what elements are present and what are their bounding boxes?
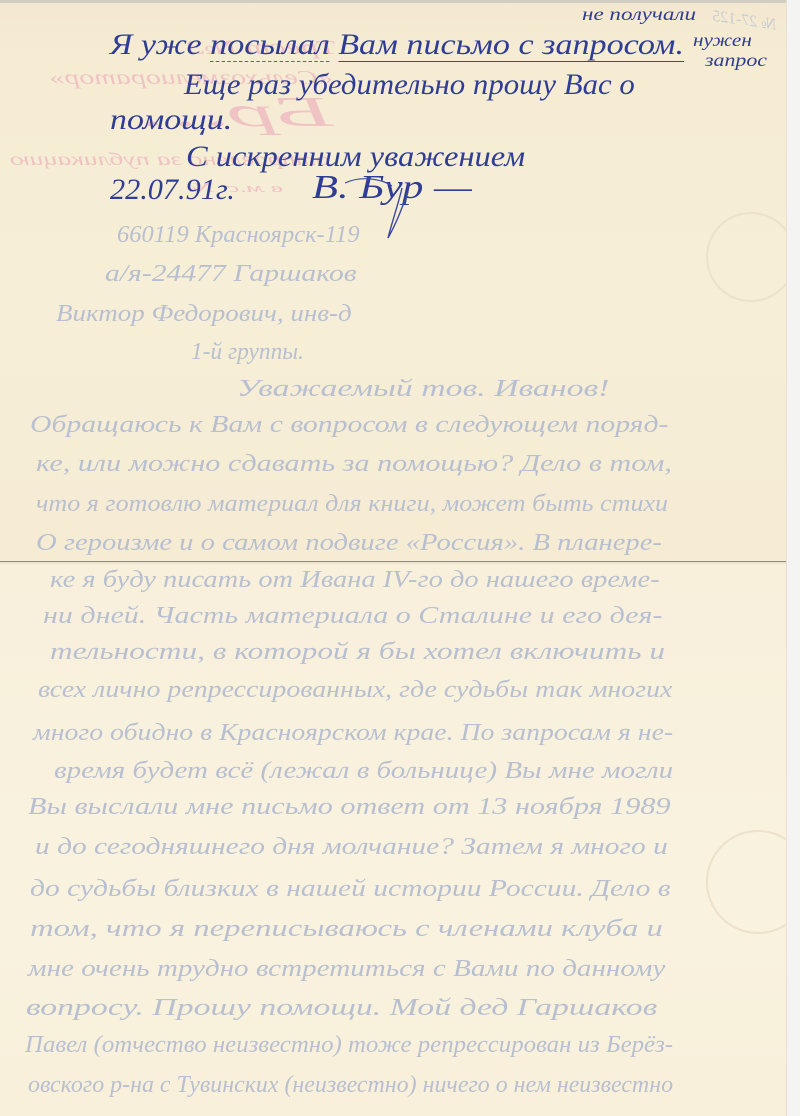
letter-line-1: Я уже посылал Вам письмо с запросом. [110, 30, 684, 60]
bleed-body-line: до судьбы близких в нашей истории России… [30, 877, 671, 901]
bleed-address-line: а/я-24477 Гаршаков [105, 262, 357, 286]
margin-note-line: нужен [693, 31, 752, 49]
scan-margin [786, 0, 800, 1116]
bleed-address-line: Виктор Федорович, инв-д [56, 302, 352, 326]
underlined-phrase: Вам письмо с запросом. [338, 28, 684, 62]
bleed-body-line: том, что я переписываюсь с членами клуба… [30, 917, 663, 941]
letter-date: 22.07.91г. [110, 175, 235, 205]
bleed-body-line: всех лично репрессированных, где судьбы … [38, 678, 672, 702]
letter-line-3: помощи. [110, 105, 232, 135]
bleed-body-line: вопросу. Прошу помощи. Мой дед Гаршаков [26, 996, 657, 1020]
bleed-body-line: что я готовлю материал для книги, может … [36, 492, 668, 516]
bleed-body-line: овского р-на с Тувинских (неизвестно) ни… [28, 1073, 673, 1097]
bleed-body-line: Обращаюсь к Вам с вопросом в следующем п… [30, 413, 668, 437]
letter-closing: С искренним уважением [186, 142, 525, 172]
bleed-body-line: ни дней. Часть материала о Сталине и его… [43, 604, 662, 628]
bleed-body-line: О героизме и о самом подвиге «Россия». В… [36, 531, 662, 555]
paper-top-edge [0, 0, 786, 3]
bleed-body-line: ке я буду писать от Ивана IV-го до нашег… [50, 568, 660, 592]
bleed-address-line: 1-й группы. [191, 340, 304, 364]
bleed-address-line: 660119 Красноярск-119 [117, 223, 360, 247]
bleed-greeting: Уважаемый тов. Иванов! [237, 377, 609, 401]
text-segment: Я уже [110, 28, 210, 61]
bleed-body-line: мне очень трудно встретиться с Вами по д… [28, 957, 665, 981]
bleed-body-line: тельности, в которой я бы хотел включить… [50, 640, 665, 664]
bleed-body-line: и до сегодняшнего дня молчание? Затем я … [35, 835, 668, 859]
bleed-body-line: ке, или можно сдавать за помощью? Дело в… [36, 452, 672, 476]
bleed-body-line: время будет всё (лежал в больнице) Вы мн… [54, 759, 673, 783]
bleed-body-line: Вы выслали мне письмо ответ от 13 ноября… [28, 795, 671, 819]
stamp-circle-bleed [706, 830, 786, 934]
bleed-body-line: Павел (отчество неизвестно) тоже репресс… [25, 1033, 673, 1057]
stamp-circle-bleed [706, 212, 786, 302]
bleed-body-line: много обидно в Красноярском крае. По зап… [33, 721, 673, 745]
margin-note-line: запрос [705, 51, 767, 69]
margin-note-line: не получали [582, 5, 696, 23]
paper-fold-shadow [0, 562, 786, 565]
underlined-word-dashed: посылал [210, 28, 330, 62]
letter-line-2: Еще раз убедительно прошу Вас о [184, 70, 635, 100]
letter-page: Трест №3 «Сельхозмелиоратор» Бр… отправл… [0, 0, 786, 1116]
text-segment [330, 28, 339, 61]
signature: В. Бур — [312, 171, 472, 205]
